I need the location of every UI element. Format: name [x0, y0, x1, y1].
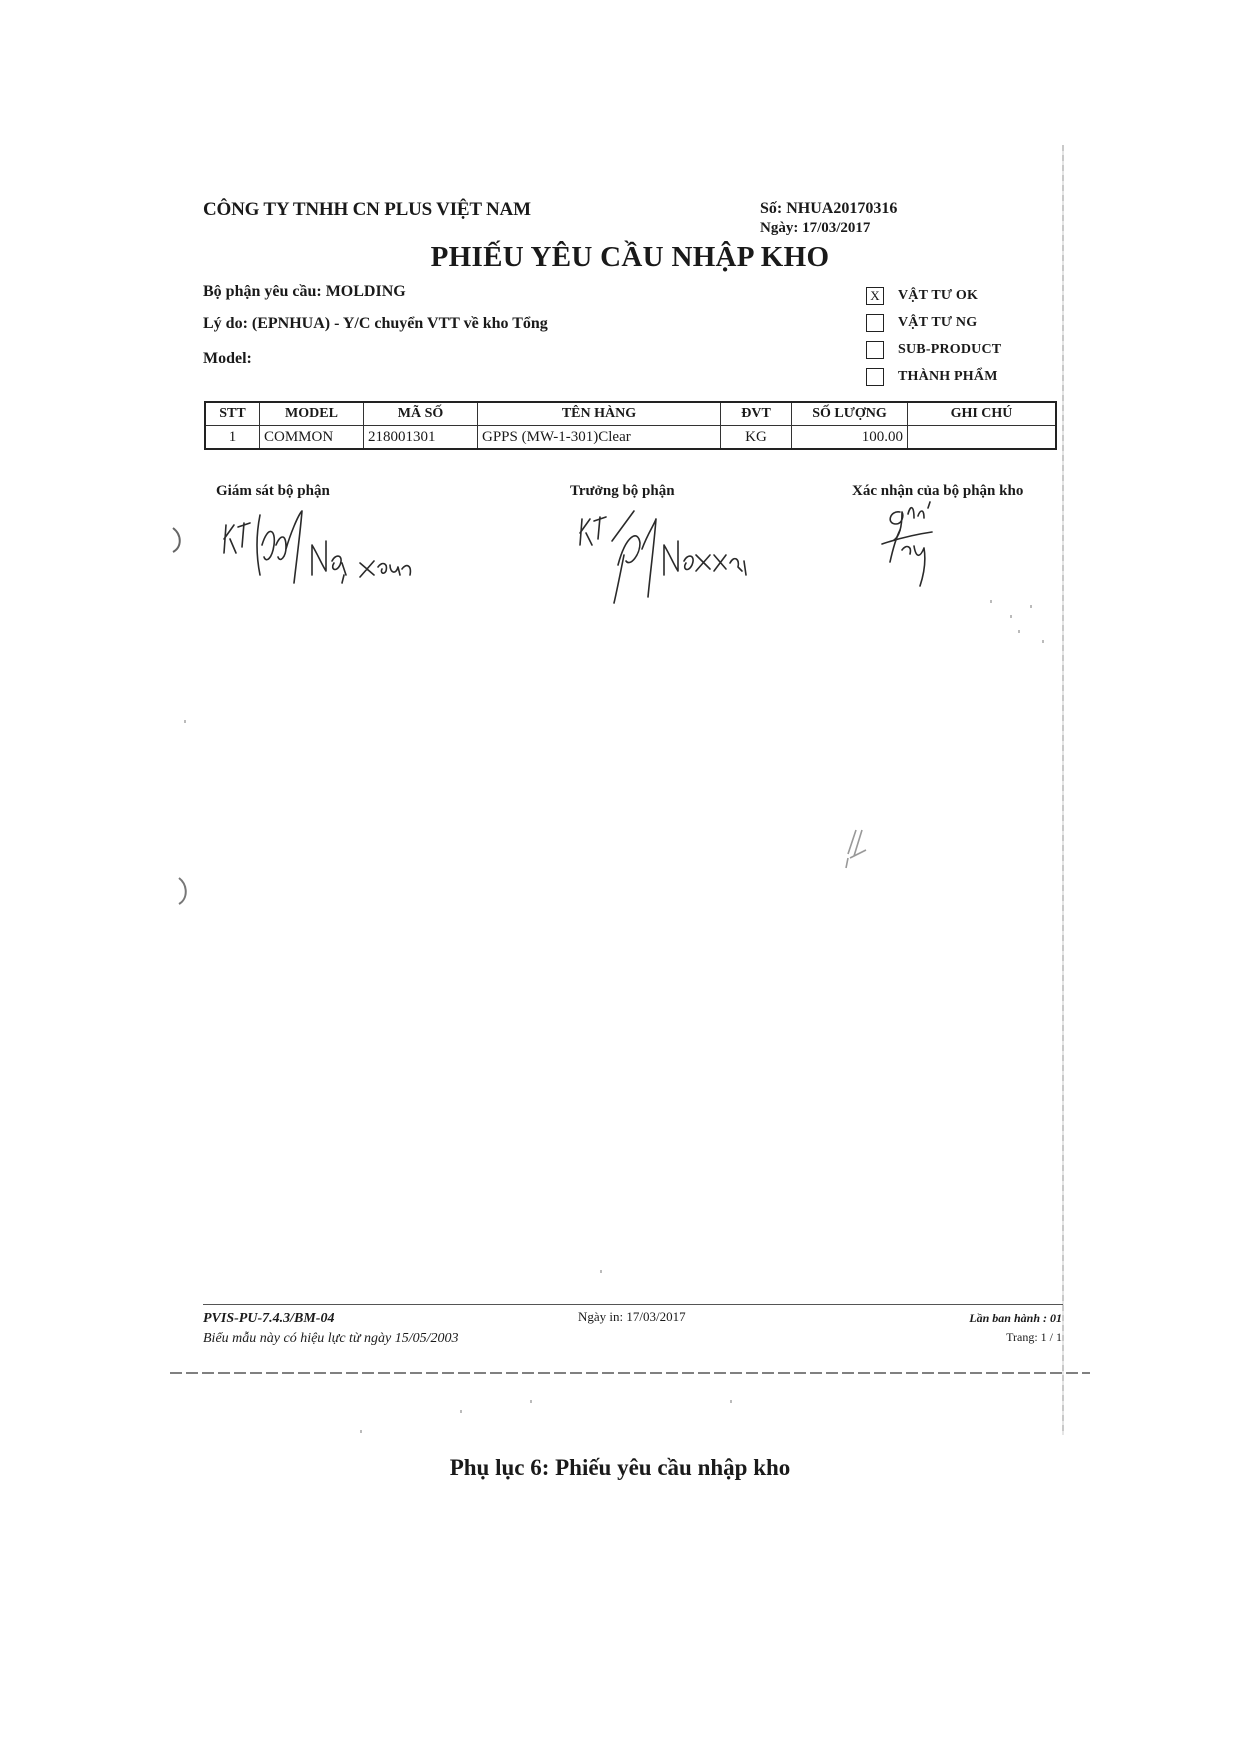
scan-edge-line	[1062, 145, 1064, 1435]
supervisor-signature-icon	[220, 505, 420, 585]
model-field: Model:	[203, 350, 252, 368]
warehouse-signature-icon	[880, 500, 970, 600]
warehouse-signature-label: Xác nhận của bộ phận kho	[852, 483, 1023, 500]
scribble-mark-icon	[836, 822, 876, 872]
form-validity: Biểu mẫu này có hiệu lực từ ngày 15/05/2…	[203, 1331, 459, 1347]
cell-item-name: GPPS (MW-1-301)Clear	[478, 426, 721, 450]
binder-hole-mark-icon	[170, 525, 186, 555]
requesting-department: Bộ phận yêu cầu: MOLDING	[203, 283, 406, 301]
category-checklist: X VẬT TƯ OK VẬT TƯ NG SUB-PRODUCT THÀNH …	[866, 282, 1001, 390]
category-vat-tu-ok[interactable]: X VẬT TƯ OK	[866, 282, 1001, 309]
cell-quantity: 100.00	[792, 426, 908, 450]
checkbox-empty-icon[interactable]	[866, 368, 884, 386]
col-code: MÃ SỐ	[364, 402, 478, 426]
cell-unit: KG	[721, 426, 792, 450]
col-stt: STT	[205, 402, 260, 426]
request-reason: Lý do: (EPNHUA) - Y/C chuyển VTT về kho …	[203, 315, 548, 333]
document-number: Số: NHUA20170316	[760, 200, 897, 218]
category-label: VẬT TƯ NG	[898, 315, 977, 331]
cell-note	[908, 426, 1057, 450]
checkbox-empty-icon[interactable]	[866, 314, 884, 332]
binder-hole-mark-icon	[176, 875, 192, 907]
page-number: Trang: 1 / 1	[1006, 1330, 1062, 1345]
head-signature-icon	[578, 505, 758, 605]
document-date: Ngày: 17/03/2017	[760, 220, 870, 237]
table-header-row: STT MODEL MÃ SỐ TÊN HÀNG ĐVT SỐ LƯỢNG GH…	[205, 402, 1056, 426]
form-code: PVIS-PU-7.4.3/BM-04	[203, 1311, 334, 1327]
form-title: PHIẾU YÊU CẦU NHẬP KHO	[380, 241, 880, 274]
items-table: STT MODEL MÃ SỐ TÊN HÀNG ĐVT SỐ LƯỢNG GH…	[204, 401, 1057, 450]
col-quantity: SỐ LƯỢNG	[792, 402, 908, 426]
col-item-name: TÊN HÀNG	[478, 402, 721, 426]
category-vat-tu-ng[interactable]: VẬT TƯ NG	[866, 309, 1001, 336]
table-row: 1 COMMON 218001301 GPPS (MW-1-301)Clear …	[205, 426, 1056, 450]
issue-number: Lần ban hành : 01	[969, 1311, 1062, 1326]
cell-stt: 1	[205, 426, 260, 450]
col-unit: ĐVT	[721, 402, 792, 426]
figure-caption: Phụ lục 6: Phiếu yêu cầu nhập kho	[0, 1455, 1240, 1481]
checkbox-empty-icon[interactable]	[866, 341, 884, 359]
company-name: CÔNG TY TNHH CN PLUS VIỆT NAM	[203, 199, 531, 221]
category-label: SUB-PRODUCT	[898, 342, 1001, 358]
cell-model: COMMON	[260, 426, 364, 450]
category-label: VẬT TƯ OK	[898, 288, 978, 304]
checkbox-checked-icon[interactable]: X	[866, 287, 884, 305]
col-note: GHI CHÚ	[908, 402, 1057, 426]
scan-dashed-line	[170, 1372, 1090, 1374]
supervisor-signature-label: Giám sát bộ phận	[216, 483, 330, 500]
category-label: THÀNH PHẨM	[898, 369, 998, 385]
cell-code: 218001301	[364, 426, 478, 450]
head-signature-label: Trưởng bộ phận	[570, 483, 675, 500]
col-model: MODEL	[260, 402, 364, 426]
footer-rule	[203, 1304, 1063, 1305]
category-sub-product[interactable]: SUB-PRODUCT	[866, 336, 1001, 363]
category-thanh-pham[interactable]: THÀNH PHẨM	[866, 363, 1001, 390]
print-date: Ngày in: 17/03/2017	[578, 1309, 686, 1325]
